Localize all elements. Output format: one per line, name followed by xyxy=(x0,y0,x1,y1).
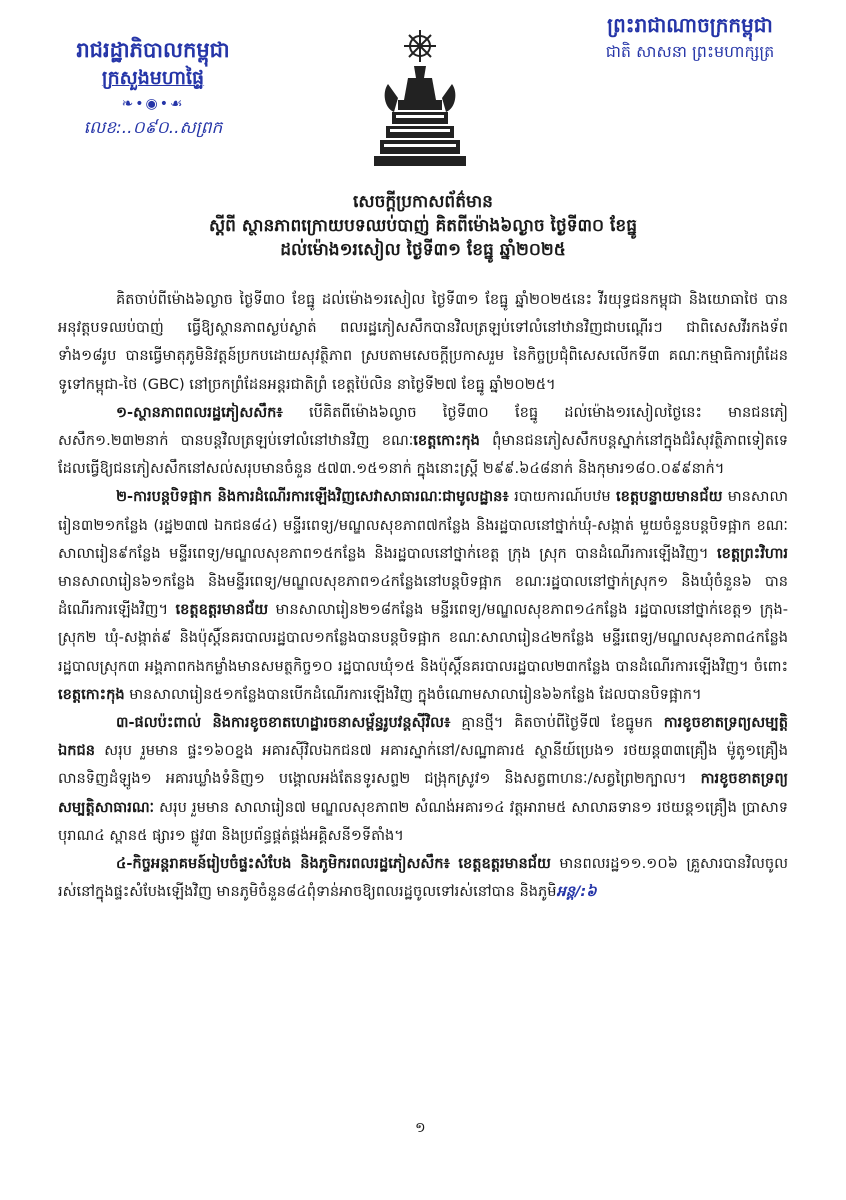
section-2-text-a: របាយការណ៍បឋម xyxy=(509,488,616,505)
section-3-text-c: សរុប រួមមាន សាលារៀន៧ មណ្ឌលសុខភាព២ សំណង់អ… xyxy=(58,799,788,844)
document-title: សេចក្តីប្រកាសព័ត៌មាន ស្តីពី ស្ថានភាពក្រោ… xyxy=(100,190,746,262)
section-3-text-a: គ្មានថ្មី។ គិតចាប់ពីថ្ងៃទី៧ ខែធ្នូមក xyxy=(450,714,663,731)
ornament-divider-icon: ❧•◉•☙ xyxy=(58,95,248,113)
national-motto: ជាតិ សាសនា ព្រះមហាក្សត្រ xyxy=(565,40,815,64)
section-2-paragraph: ២-ការបន្តបិទផ្អាក និងការដំណើរការឡើងវិញសេ… xyxy=(58,483,788,709)
letterhead-right: ព្រះរាជាណាចក្រកម្ពុជា ជាតិ សាសនា ព្រះមហា… xyxy=(565,10,815,64)
section-3-heading: ៣-ផលប៉ះពាល់ និងការខូចខាតហេដ្ឋារចនាសម្ព័ន… xyxy=(116,714,450,731)
ministry-name: ក្រសួងមហាផ្ទៃ xyxy=(58,65,248,91)
letterhead-left: រាជរដ្ឋាភិបាលកម្ពុជា ក្រសួងមហាផ្ទៃ ❧•◉•☙… xyxy=(58,35,248,141)
title-line-1: សេចក្តីប្រកាសព័ត៌មាន xyxy=(100,190,746,214)
section-2-heading: ២-ការបន្តបិទផ្អាក និងការដំណើរការឡើងវិញសេ… xyxy=(116,488,509,505)
section-4-oddar-meanchey: ខេត្តឧត្តរមានជ័យ xyxy=(458,855,551,872)
royal-arms-emblem-icon xyxy=(368,18,472,168)
government-name: រាជរដ្ឋាភិបាលកម្ពុជា xyxy=(58,35,248,65)
section-4-paragraph: ៤-កិច្ចអន្តរាគមន៍រៀបចំផ្ទះសំបែង និងភូមិក… xyxy=(58,850,788,906)
section-1-heading: ១-ស្ថានភាពពលរដ្ឋភៀសសឹក៖ xyxy=(116,404,283,421)
title-line-3: ដល់ម៉ោង១រសៀល ថ្ងៃទី៣១ ខែធ្នូ ឆ្នាំ២០២៥ xyxy=(100,238,746,262)
reference-number: លេខ:..០៩០..សព្រក xyxy=(58,115,248,141)
section-3-paragraph: ៣-ផលប៉ះពាល់ និងការខូចខាតហេដ្ឋារចនាសម្ព័ន… xyxy=(58,709,788,850)
handwritten-initials: អន្ត/:៦ xyxy=(557,883,597,900)
section-4-heading: ៤-កិច្ចអន្តរាគមន៍រៀបចំផ្ទះសំបែង និងភូមិក… xyxy=(116,855,450,872)
section-2-text-e: មានសាលារៀន៥១កន្លែងបានបើកដំណើរការឡើងវិញ ក… xyxy=(125,686,702,703)
section-1-paragraph: ១-ស្ថានភាពពលរដ្ឋភៀសសឹក៖ បើគិតពីម៉ោង៦ល្ងា… xyxy=(58,399,788,484)
page-number: ១ xyxy=(415,1118,426,1139)
section-3-text-b: សរុប រួមមាន ផ្ទះ១៦០ខ្នង អគារស៊ីវិលឯកជន៧ … xyxy=(58,742,788,787)
section-1-koh-kong: ខេត្តកោះកុង xyxy=(413,432,480,449)
section-2-banteay-meanchey: ខេត្តបន្ទាយមានជ័យ xyxy=(616,488,723,505)
title-line-2: ស្តីពី ស្ថានភាពក្រោយបទឈប់បាញ់ គិតពីម៉ោង៦… xyxy=(100,214,746,238)
kingdom-name: ព្រះរាជាណាចក្រកម្ពុជា xyxy=(565,10,815,40)
section-2-koh-kong: ខេត្តកោះកុង xyxy=(58,686,125,703)
document-body: គិតចាប់ពីម៉ោង៦ល្ងាច ថ្ងៃទី៣០ ខែធ្នូ ដល់ម… xyxy=(58,286,788,906)
section-2-preah-vihear: ខេត្តព្រះវិហារ xyxy=(717,545,788,562)
intro-paragraph: គិតចាប់ពីម៉ោង៦ល្ងាច ថ្ងៃទី៣០ ខែធ្នូ ដល់ម… xyxy=(58,286,788,399)
section-2-oddar-meanchey: ខេត្តឧត្តរមានជ័យ xyxy=(175,601,268,618)
